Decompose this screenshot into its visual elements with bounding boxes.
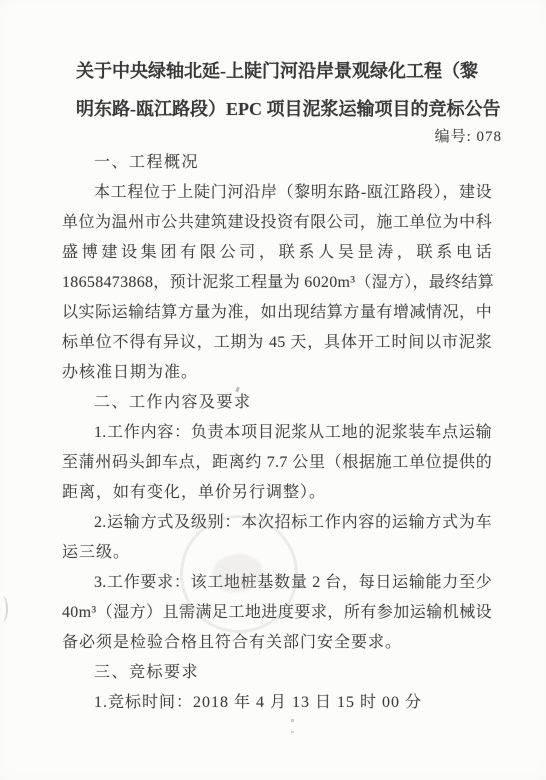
scanned-document-page: 关于中央绿轴北延-上陡门河沿岸景观绿化工程（黎 明东路-瓯江路段）EPC 项目泥… <box>0 0 546 780</box>
document-line: 一、工程概况 <box>62 148 492 178</box>
document-title: 关于中央绿轴北延-上陡门河沿岸景观绿化工程（黎 明东路-瓯江路段）EPC 项目泥… <box>76 52 476 128</box>
document-line: 至蒲州码头卸车点，距离约 7.7 公里（根据施工单位提供的 <box>62 448 492 478</box>
document-title-line1: 关于中央绿轴北延-上陡门河沿岸景观绿化工程（黎 <box>76 52 476 90</box>
document-number: 编号: 078 <box>435 126 502 148</box>
document-line: 本工程位于上陡门河沿岸（黎明东路-瓯江路段），建设 <box>62 178 492 208</box>
document-line: 距离，如有变化，单价另行调整）。 <box>62 478 492 508</box>
document-title-line2: 明东路-瓯江路段）EPC 项目泥浆运输项目的竞标公告 <box>76 90 476 128</box>
scan-edge-mark <box>0 596 8 622</box>
document-line: 单位为温州市公共建筑建设投资有限公司，施工单位为中科 <box>62 208 492 238</box>
document-line: 以实际运输结算方量为准，如出现结算方量有增减情况，中 <box>62 298 492 328</box>
stamp-watermark-core <box>209 549 266 597</box>
document-body: 一、工程概况本工程位于上陡门河沿岸（黎明东路-瓯江路段），建设单位为温州市公共建… <box>62 148 492 718</box>
document-line: 1.竞标时间：2018 年 4 月 13 日 15 时 00 分 <box>62 688 492 718</box>
document-line: 办核准日期为准。 <box>62 358 492 388</box>
document-line: 标单位不得有异议，工期为 45 天，具体开工时间以市泥浆 <box>62 328 492 358</box>
scan-speck <box>291 719 294 733</box>
document-line: 18658473868，预计泥浆工程量为 6020m³（湿方），最终结算 <box>62 268 492 298</box>
document-line: 盛博建设集团有限公司，联系人吴昰涛，联系电话 <box>62 238 492 268</box>
document-line: 三、竞标要求 <box>62 658 492 688</box>
document-line: 备必须是检验合格且符合有关部门安全要求。 <box>62 628 492 658</box>
document-line: 1.工作内容：负责本项目泥浆从工地的泥浆装车点运输 <box>62 418 492 448</box>
document-line: 二、工作内容及要求 <box>62 388 492 418</box>
